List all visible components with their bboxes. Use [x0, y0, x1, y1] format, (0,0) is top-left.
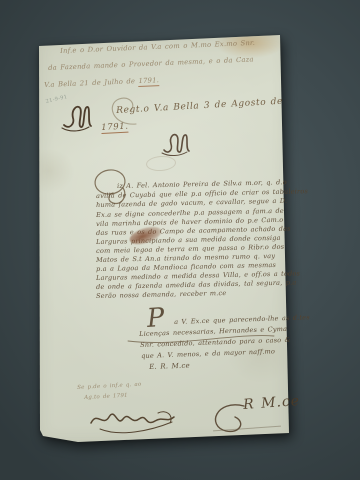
- registration-year: 1791.: [101, 123, 129, 134]
- center-monogram-icon: [160, 129, 194, 157]
- signature-flourish: [88, 401, 180, 437]
- footer-rubric: R M.ce: [243, 397, 300, 409]
- docket-year: 1791.: [138, 76, 159, 86]
- manuscript-photo: Inf.e o D.or Ouvidor da V.a com o M.mo E…: [0, 0, 360, 480]
- rubric-monogram-icon: [60, 100, 98, 132]
- petition-closing: E. R. M.ce: [149, 362, 190, 371]
- petition-initial: P: [146, 305, 165, 332]
